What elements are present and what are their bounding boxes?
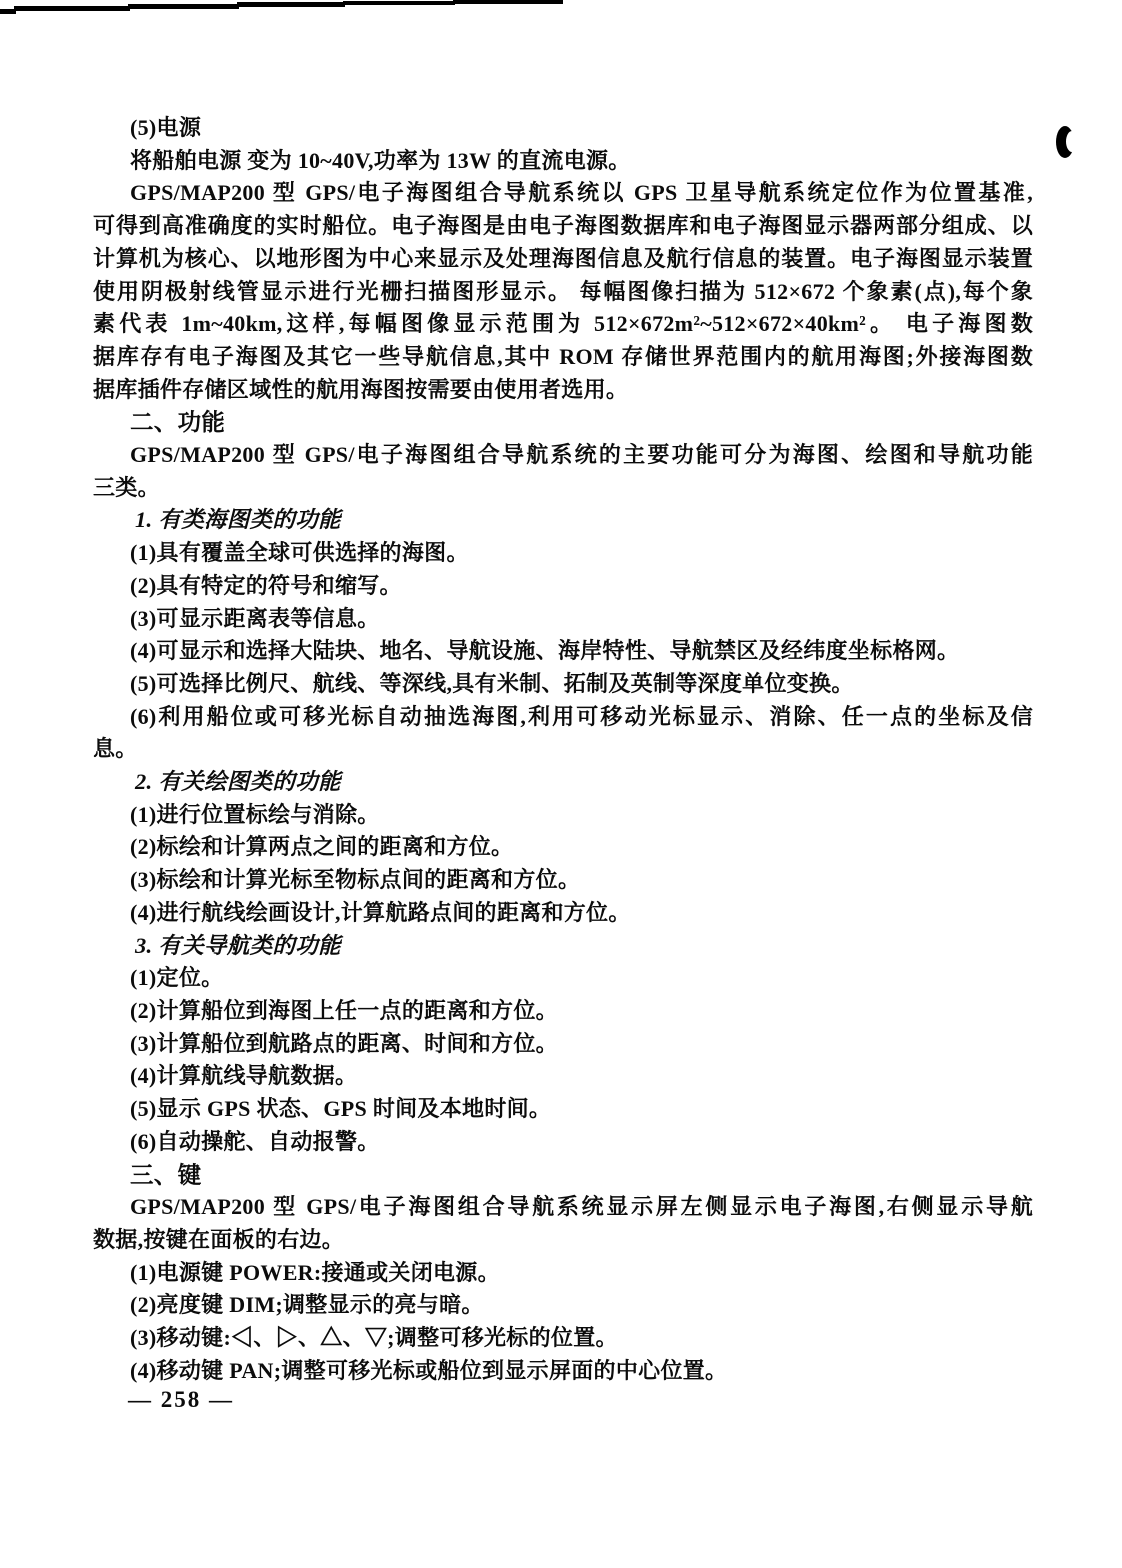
text-line: (6)利用船位或可移光标自动抽选海图,利用可移动光标显示、消除、任一点的坐标及信 [93,701,1033,734]
text-line: (1)电源键 POWER:接通或关闭电源。 [93,1257,1033,1290]
scan-artifact-top-line [343,1,455,5]
section-heading: 三、键 [93,1159,1033,1192]
text-line: 三类。 [93,472,1033,505]
text-line: (4)移动键 PAN;调整可移光标或船位到显示屏面的中心位置。 [93,1355,1033,1388]
text-line: 息。 [93,733,1033,766]
text-line: (3)可显示距离表等信息。 [93,603,1033,636]
sub-heading: 3. 有关导航类的功能 [93,930,1033,963]
text-line: 据库插件存储区域性的航用海图按需要由使用者选用。 [93,374,1033,407]
text-line: (2)亮度键 DIM;调整显示的亮与暗。 [93,1289,1033,1322]
text-line: GPS/MAP200 型 GPS/电子海图组合导航系统的主要功能可分为海图、绘图… [93,439,1033,472]
text-line: (1)进行位置标绘与消除。 [93,799,1033,832]
text-line: 素代表 1m~40km,这样,每幅图像显示范围为 512×672m²~512×6… [93,308,1033,341]
text-line: (1)具有覆盖全球可供选择的海图。 [93,537,1033,570]
scan-artifact-blob [1056,126,1074,158]
sub-heading: 1. 有类海图类的功能 [93,504,1033,537]
text-line: (5)显示 GPS 状态、GPS 时间及本地时间。 [93,1093,1033,1126]
text-line: (5)电源 [93,112,1033,145]
scan-artifact-top-line [453,0,563,4]
text-line: (2)具有特定的符号和缩写。 [93,570,1033,603]
text-line: 数据,按键在面板的右边。 [93,1224,1033,1257]
text-line: (3)标绘和计算光标至物标点间的距离和方位。 [93,864,1033,897]
text-line: (5)可选择比例尺、航线、等深线,具有米制、拓制及英制等深度单位变换。 [93,668,1033,701]
text-block: (5)电源将船舶电源 变为 10~40V,功率为 13W 的直流电源。GPS/M… [93,112,1033,1387]
scan-artifact-top-line [128,4,239,9]
text-line: 将船舶电源 变为 10~40V,功率为 13W 的直流电源。 [93,145,1033,178]
text-line: 计算机为核心、以地形图为中心来显示及处理海图信息及航行信息的装置。电子海图显示装… [93,243,1033,276]
text-line: (4)计算航线导航数据。 [93,1060,1033,1093]
text-line: (3)移动键:◁、▷、△、▽;调整可移光标的位置。 [93,1322,1033,1355]
text-line: (4)可显示和选择大陆块、地名、导航设施、海岸特性、导航禁区及经纬度坐标格网。 [93,635,1033,668]
text-line: 可得到高准确度的实时船位。电子海图是由电子海图数据库和电子海图显示器两部分组成、… [93,210,1033,243]
text-line: (6)自动操舵、自动报警。 [93,1126,1033,1159]
section-heading: 二、功能 [93,406,1033,439]
text-line: (1)定位。 [93,962,1033,995]
text-line: 使用阴极射线管显示进行光栅扫描图形显示。 每幅图像扫描为 512×672 个象素… [93,276,1033,309]
scan-artifact-top-line [14,6,130,11]
text-line: GPS/MAP200 型 GPS/电子海图组合导航系统显示屏左侧显示电子海图,右… [93,1191,1033,1224]
text-line: 据库存有电子海图及其它一些导航信息,其中 ROM 存储世界范围内的航用海图;外接… [93,341,1033,374]
text-line: (2)计算船位到海图上任一点的距离和方位。 [93,995,1033,1028]
text-line: (4)进行航线绘画设计,计算航路点间的距离和方位。 [93,897,1033,930]
sub-heading: 2. 有关绘图类的功能 [93,766,1033,799]
text-line: (2)标绘和计算两点之间的距离和方位。 [93,831,1033,864]
text-line: GPS/MAP200 型 GPS/电子海图组合导航系统以 GPS 卫星导航系统定… [93,177,1033,210]
scan-artifact-top-line [237,2,345,7]
page-number: — 258 — [128,1386,234,1414]
document-page: (5)电源将船舶电源 变为 10~40V,功率为 13W 的直流电源。GPS/M… [0,0,1122,1568]
text-line: (3)计算船位到航路点的距离、时间和方位。 [93,1028,1033,1061]
